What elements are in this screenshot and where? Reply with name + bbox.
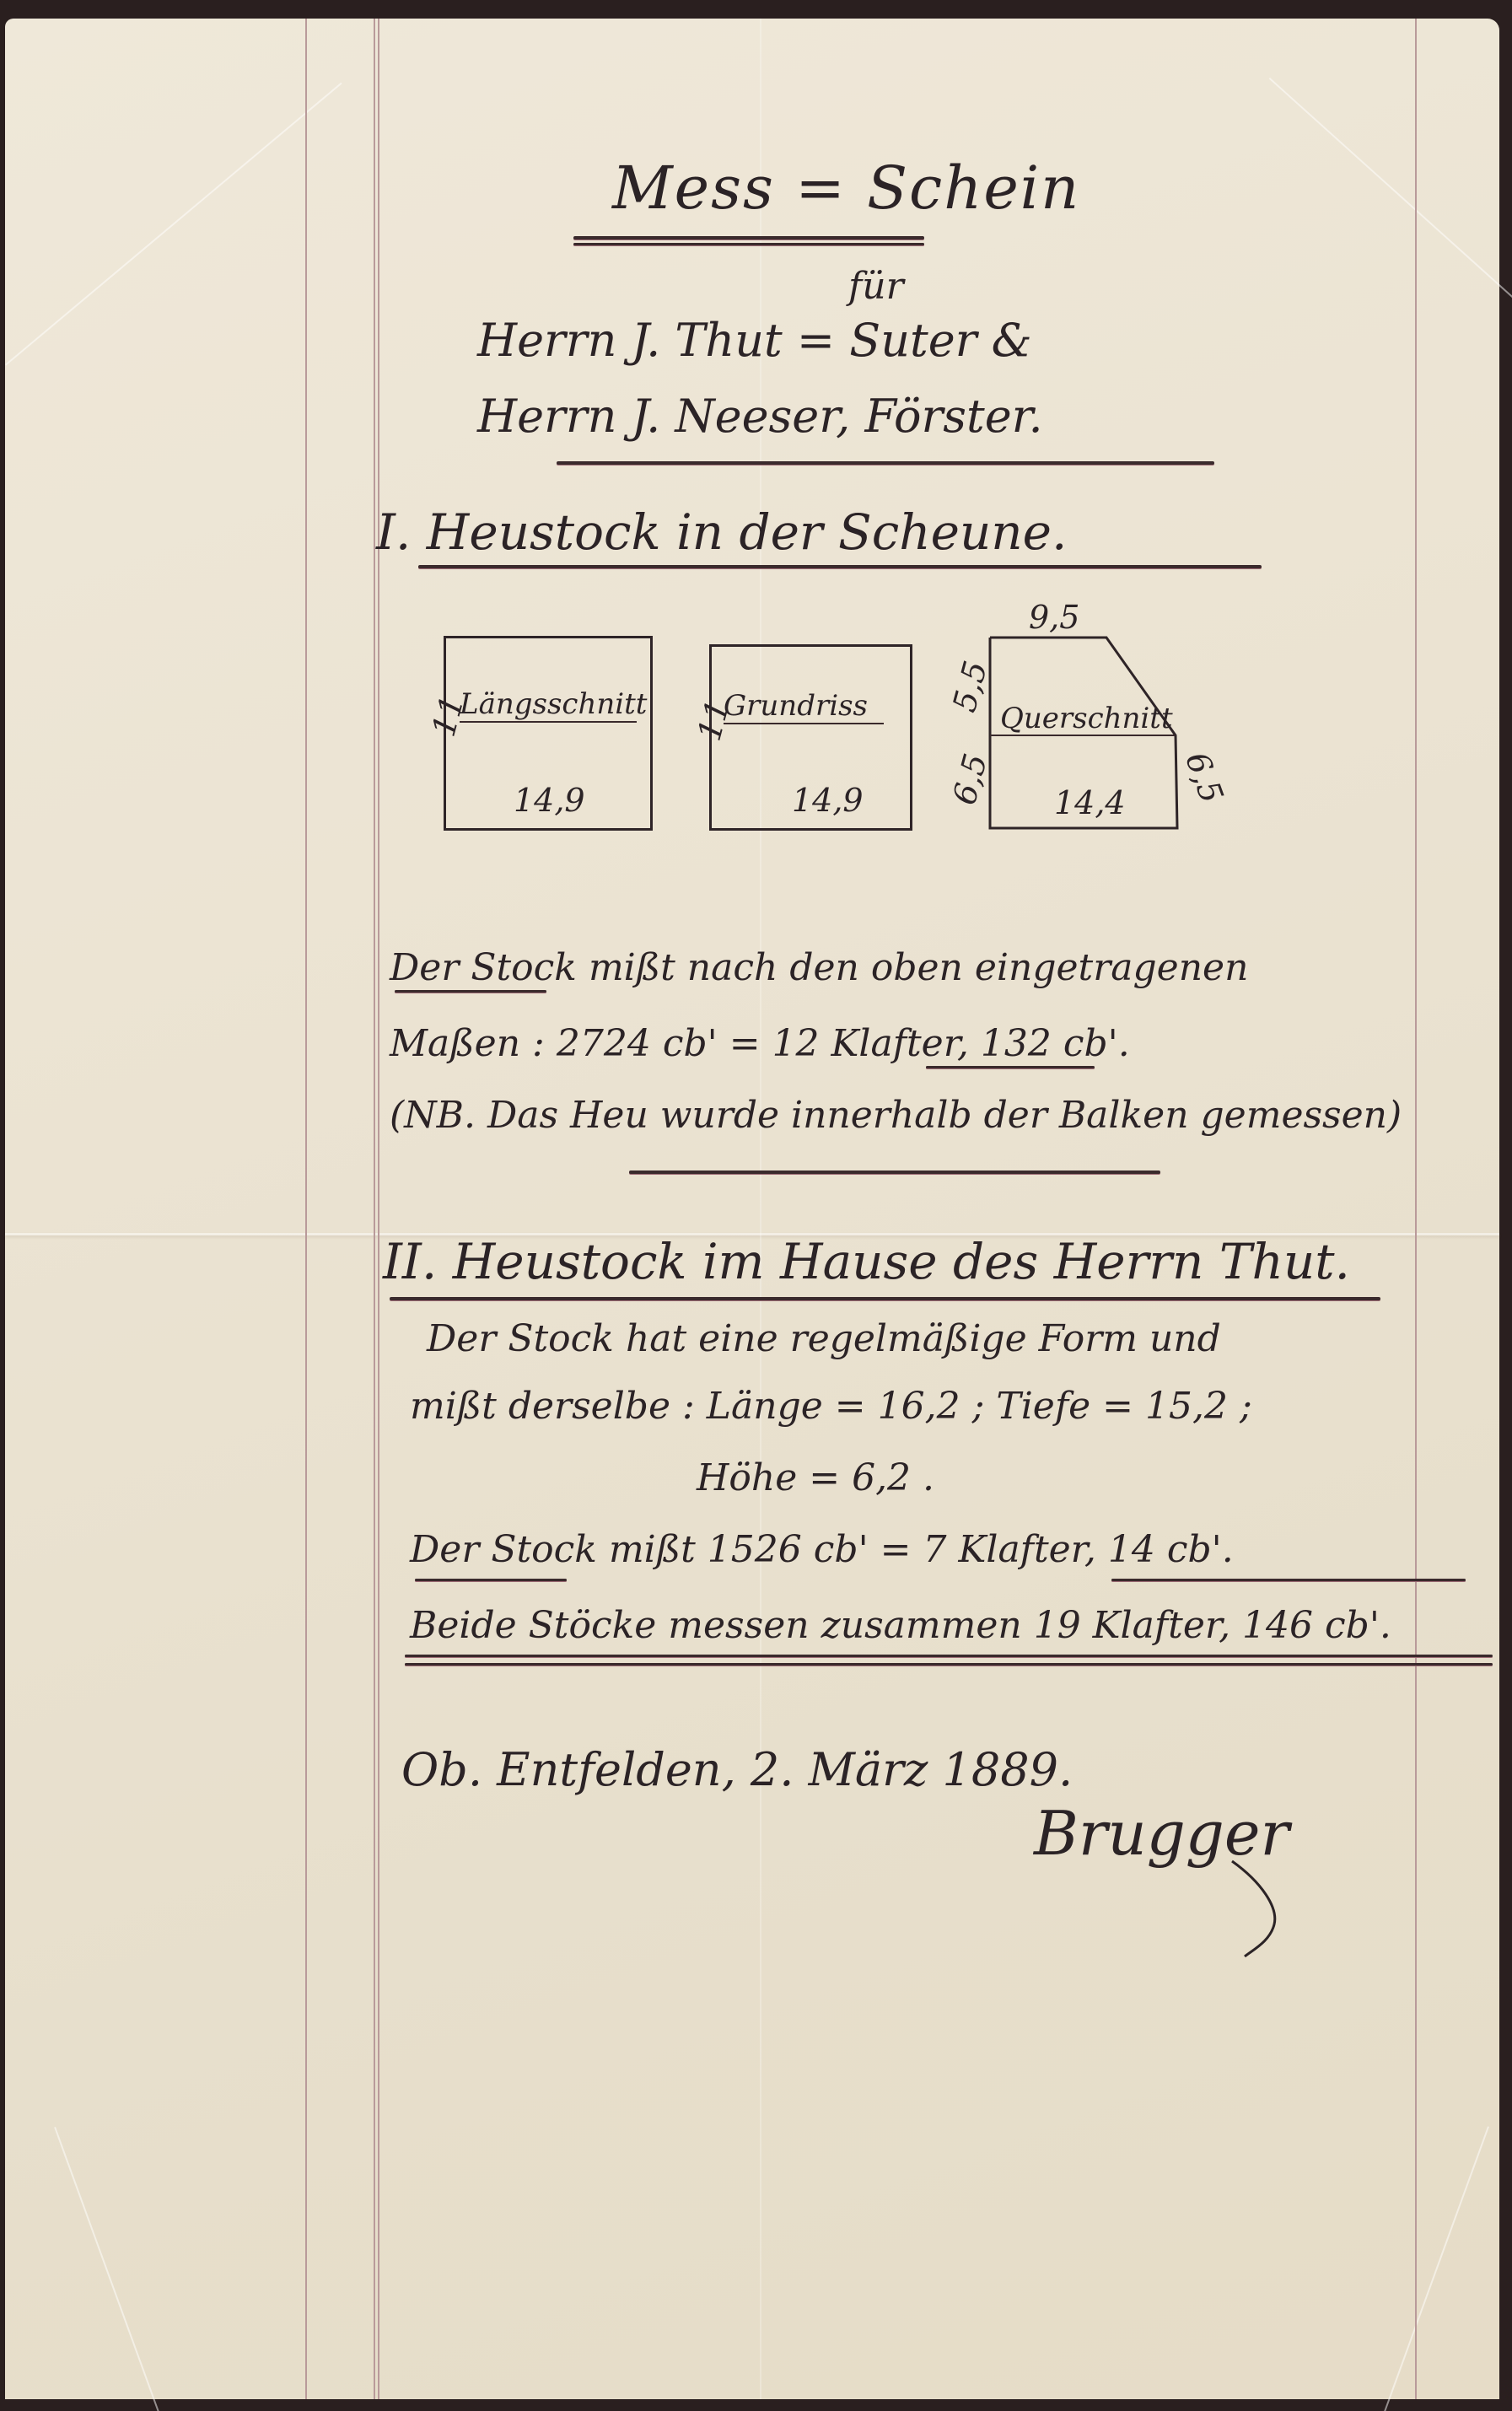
section-2-result-underline-a xyxy=(415,1579,567,1581)
recipient-1: Herrn J. Thut = Suter & xyxy=(477,314,1032,367)
corner-crease xyxy=(5,83,342,366)
total-underline-2 xyxy=(405,1663,1493,1666)
title-underline xyxy=(573,236,924,239)
diagram-bottom-dim: 14,4 xyxy=(1054,784,1126,821)
diagram-side-dim: 11 xyxy=(691,696,737,745)
place-date: Ob. Entfelden, 2. März 1889. xyxy=(401,1743,1073,1796)
recipients-rule xyxy=(557,461,1214,465)
diagram-label: Längsschnitt xyxy=(460,687,647,721)
corner-crease xyxy=(1269,78,1512,316)
diagram-bottom-dim: 14,9 xyxy=(792,782,864,819)
section-1-line-2: Maßen : 2724 cb' = 12 Klafter, 132 cb'. xyxy=(390,1022,1130,1065)
left-margin-line-double-b xyxy=(378,19,379,2399)
volume-result: 12 Klafter, 132 cb'. xyxy=(772,1022,1130,1065)
section-2-result-line: Der Stock mißt 1526 cb' = 7 Klafter, 14 … xyxy=(410,1528,1234,1571)
section-2-result-value: 7 Klafter, 14 cb'. xyxy=(923,1528,1234,1571)
section-1-underline xyxy=(418,565,1262,568)
section-1-heading: I. Heustock in der Scheune. xyxy=(376,503,1067,561)
diagram-label: Querschnitt xyxy=(1000,702,1173,735)
section-separator xyxy=(629,1171,1160,1174)
signature-flourish xyxy=(1228,1857,1295,1958)
diagram-bottom-dim: 14,9 xyxy=(514,782,585,819)
diagram-side-dim: 11 xyxy=(425,692,471,740)
section-1-result-underline xyxy=(926,1066,1095,1068)
diagram-label-underline xyxy=(724,723,884,724)
right-margin-line xyxy=(1415,19,1417,2399)
diagram-label: Grundriss xyxy=(724,689,868,723)
total-underline-1 xyxy=(405,1655,1493,1657)
section-2-heading: II. Heustock im Hause des Herrn Thut. xyxy=(383,1233,1350,1290)
diagram-label-underline xyxy=(460,721,637,723)
vertical-fold xyxy=(760,19,761,2399)
section-2-line-1: Der Stock hat eine regelmäßige Form und xyxy=(427,1317,1221,1360)
paper-sheet: Mess = Schein für Herrn J. Thut = Suter … xyxy=(5,19,1499,2399)
corner-crease xyxy=(1384,2126,1489,2411)
title-underline-second xyxy=(573,243,924,245)
corner-crease xyxy=(54,2127,159,2411)
section-1-line-1: Der Stock mißt nach den oben eingetragen… xyxy=(390,946,1248,989)
left-margin-line-double-a xyxy=(374,19,375,2399)
section-2-result-text: Der Stock mißt 1526 cb' = xyxy=(410,1528,923,1571)
section-2-line-2: mißt derselbe : Länge = 16,2 ; Tiefe = 1… xyxy=(410,1385,1252,1428)
section-1-line-1-underline xyxy=(395,990,546,993)
total-line: Beide Stöcke messen zusammen 19 Klafter,… xyxy=(410,1604,1391,1647)
section-2-line-3: Höhe = 6,2 . xyxy=(697,1456,934,1499)
for-label: für xyxy=(848,265,904,308)
section-2-underline xyxy=(390,1297,1380,1300)
diagram-grundriss: Grundriss 14,9 11 xyxy=(709,644,912,831)
section-1-note: (NB. Das Heu wurde innerhalb der Balken … xyxy=(390,1094,1402,1137)
recipient-2: Herrn J. Neeser, Förster. xyxy=(477,390,1043,443)
diagram-laengsschnitt: Längsschnitt 14,9 11 xyxy=(444,636,653,831)
left-margin-line xyxy=(305,19,307,2399)
section-2-result-underline-b xyxy=(1111,1579,1466,1581)
volume-text: Maßen : 2724 cb' = xyxy=(390,1022,772,1065)
document-title: Mess = Schein xyxy=(612,153,1080,223)
diagram-top-dim: 9,5 xyxy=(1029,599,1079,636)
diagram-querschnitt: Querschnitt 9,5 14,4 5,5 6,5 6,5 xyxy=(987,634,1189,837)
